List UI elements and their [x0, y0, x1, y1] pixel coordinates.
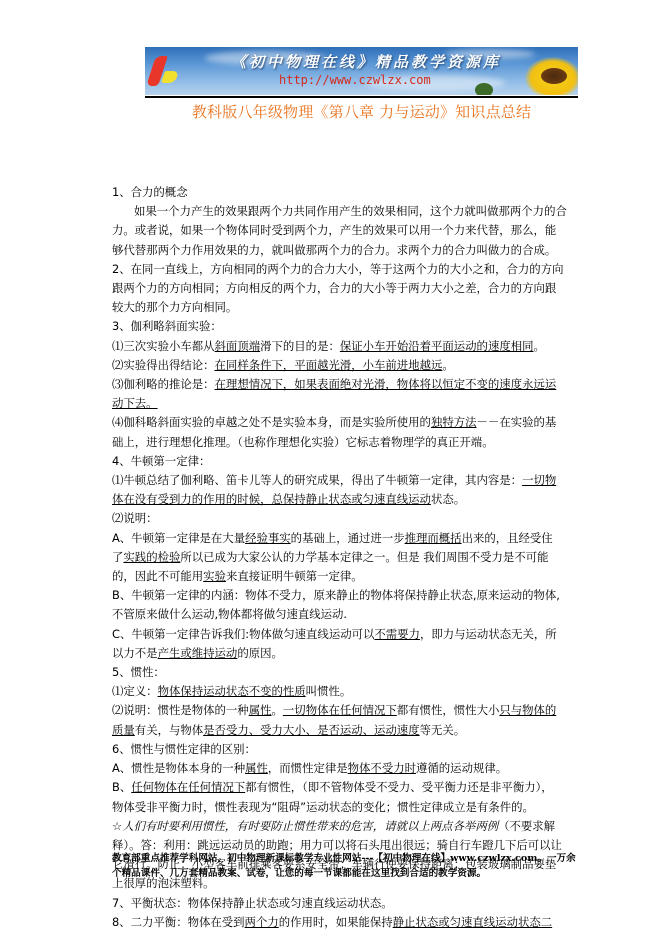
list-item-continued: 动下去。: [112, 394, 580, 413]
text: ⑴定义：: [112, 684, 158, 698]
text: 叫惯性。: [306, 684, 352, 698]
underlined-text: 产生或维持运动: [158, 646, 238, 660]
document-body: 1、合力的概念 如果一个力产生的效果跟两个力共同作用产生的效果相同，这个力就叫做…: [112, 183, 580, 932]
underlined-text: 只与物体的: [499, 703, 556, 717]
list-item-continued: 质量有关，与物体是否受力、受力大小、是否运动、运动速度等无关。: [112, 721, 580, 740]
underlined-text: 属性: [249, 703, 272, 717]
header-divider: [145, 96, 578, 98]
header-banner: 《初中物理在线》精品教学资源库 http://www.czwlzx.com: [145, 47, 578, 95]
star-icon-prompt: ☆人们有时要利用惯性，有时要防止惯性带来的危害，请就以上两点各举两例: [112, 819, 498, 833]
underlined-text: 任何物体在任何情况下: [131, 780, 245, 794]
section-heading: 3、伽利略斜面实验：: [112, 317, 580, 336]
list-item: ⑵说明：惯性是物体的一种属性。一切物体在任何情况下都有惯性，惯性大小只与物体的: [112, 701, 580, 720]
text: 的原因。: [237, 646, 283, 660]
list-item: C、牛顿第一定律告诉我们:物体做匀速直线运动可以不需要力，即力与运动状态无关，所: [112, 625, 580, 644]
underlined-text: 物体保持运动状态不变的性质: [158, 684, 306, 698]
text: ⑴牛顿总结了伽利略、笛卡儿等人的研究成果，得出了牛顿第一定律，其内容是：: [112, 473, 522, 487]
underlined-text: 动下去。: [112, 396, 158, 410]
list-item: B、牛顿第一定律的内涵：物体不受力，原来静止的物体将保持静止状态,原来运动的物体…: [112, 586, 580, 605]
underlined-text: 物体不受力时: [348, 761, 416, 775]
text: 滑下的目的是：: [260, 339, 340, 353]
text: A、惯性是物体本身的一种: [112, 761, 245, 775]
text: 状态。: [431, 492, 465, 506]
underlined-text: 推理而概括: [405, 531, 462, 545]
text: C、牛顿第一定律告诉我们:物体做匀速直线运动可以: [112, 627, 374, 641]
text: 所以已成为大家公认的力学基本定律之一。但是 我们周围不受力是不可能: [180, 550, 548, 564]
leaf-decoration: [475, 83, 493, 95]
text: ，即力与运动状态无关，所: [420, 627, 557, 641]
list-item: ⑵说明：: [112, 509, 580, 528]
text: 有关，与物体: [135, 723, 203, 737]
list-item-continued: 体在没有受到力的作用的时候，总保持静止状态或匀速直线运动状态。: [112, 490, 580, 509]
text: ⑵实验得出得结论：: [112, 358, 215, 372]
text: 来直接证明牛顿第一定律。: [226, 569, 363, 583]
example-prompt: ☆人们有时要利用惯性，有时要防止惯性带来的危害，请就以上两点各举两例（不要求解: [112, 817, 580, 836]
section-heading: 1、合力的概念: [112, 183, 580, 202]
text: 都有惯性，（即不管物体受不受力、受平衡力还是非平衡力），: [245, 780, 553, 794]
underlined-text: 静止状态或匀速直线运动状态二: [393, 915, 552, 929]
paragraph-line: 如果一个力产生的效果跟两个力共同作用产生的效果相同，这个力就叫做那两个力的合: [112, 202, 580, 221]
underlined-text: 独特方法: [431, 415, 477, 429]
text: 8、二力平衡：物体在受到: [112, 915, 245, 929]
logo-icon-accent: [161, 71, 179, 83]
text: 遵循的运动规律。: [416, 761, 507, 775]
underlined-text: 在同样条件下，平面越光滑，小车前进地越远: [215, 358, 443, 372]
paragraph-line: 础上，进行理想化推理。（也称作理想化实验）它标志着物理学的真正开端。: [112, 433, 580, 452]
text: －－在实验的基: [477, 415, 557, 429]
underlined-text: 两个力: [245, 915, 279, 929]
footer-line: 教育部重点推荐学科网站、初中物理新课标教学专业性网站---【初中物理在线】www…: [112, 851, 582, 866]
text: 。: [534, 339, 545, 353]
underlined-text: 在理想情况下，如果表面绝对光滑，物体将以恒定不变的速度永远运: [215, 377, 557, 391]
section-heading: 4、牛顿第一定律：: [112, 452, 580, 471]
list-item: A、惯性是物体本身的一种属性，而惯性定律是物体不受力时遵循的运动规律。: [112, 759, 580, 778]
sunflower-icon: [525, 57, 578, 95]
text: 等无关。: [420, 723, 466, 737]
text: 出来的，且经受住: [462, 531, 553, 545]
list-item-continued: 以力不是产生或维持运动的原因。: [112, 644, 580, 663]
list-item: ⑷伽科略斜面实验的卓越之处不是实验本身，而是实验所使用的独特方法－－在实验的基: [112, 413, 580, 432]
underlined-text: 经验事实: [245, 531, 291, 545]
paragraph-line: 力。或者说，如果一个物体同时受到两个力，产生的效果可以用一个力来代替，那么，能: [112, 221, 580, 240]
text: 都有惯性，惯性大小: [397, 703, 500, 717]
list-item-continued: 物体受非平衡力时，惯性表现为“阻碍”运动状态的变化；惯性定律成立是有条件的。: [112, 798, 580, 817]
list-item: A、牛顿第一定律是在大量经验事实的基础上，通过进一步推理而概括出来的，且经受住: [112, 529, 580, 548]
underlined-text: 一切物: [522, 473, 556, 487]
text: 以力不是: [112, 646, 158, 660]
list-item: B、任何物体在任何情况下都有惯性，（即不管物体受不受力、受平衡力还是非平衡力），: [112, 778, 580, 797]
list-item: ⑴定义：物体保持运动状态不变的性质叫惯性。: [112, 682, 580, 701]
text: ⑵说明：惯性是物体的一种: [112, 703, 249, 717]
text: ⑴三次实验小车都从: [112, 339, 215, 353]
list-item-continued: 不管原来做什么运动,物体都将做匀速直线运动.: [112, 605, 580, 624]
banner-url: http://www.czwlzx.com: [279, 73, 431, 87]
underlined-text: 质量: [112, 723, 135, 737]
text: 。: [272, 703, 283, 717]
list-item: ⑶伽利略的推论是：在理想情况下，如果表面绝对光滑，物体将以恒定不变的速度永远运: [112, 375, 580, 394]
list-item-continued: 了实践的检验所以已成为大家公认的力学基本定律之一。但是 我们周围不受力是不可能: [112, 548, 580, 567]
paragraph-line: 跟两个力的方向相同；方向相反的两个力，合力的大小等于两力大小之差，合力的方向跟: [112, 279, 580, 298]
section-heading: 6、惯性与惯性定律的区别：: [112, 740, 580, 759]
banner-title: 《初中物理在线》精品教学资源库: [231, 51, 501, 72]
page-title: 教科版八年级物理《第八章 力与运动》知识点总结: [145, 101, 578, 122]
text: 的，因此不可能用: [112, 569, 203, 583]
text: 的基础上，通过进一步: [291, 531, 405, 545]
text: A、牛顿第一定律是在大量: [112, 531, 245, 545]
list-item-continued: 的，因此不可能用实验来直接证明牛顿第一定律。: [112, 567, 580, 586]
underlined-text: 保证小车开始沿着平面运动的速度相同: [340, 339, 534, 353]
underlined-text: 一切物体在任何情况下: [283, 703, 397, 717]
list-item: ⑴牛顿总结了伽利略、笛卡儿等人的研究成果，得出了牛顿第一定律，其内容是：一切物: [112, 471, 580, 490]
underlined-text: 不需要力: [374, 627, 420, 641]
section-heading: 7、平衡状态：物体保持静止状态或匀速直线运动状态。: [112, 894, 580, 913]
text: ，而惯性定律是: [268, 761, 348, 775]
underlined-text: 是否受力、受力大小、是否运动、运动速度: [203, 723, 419, 737]
paragraph-line: 2、在同一直线上，方向相同的两个力的合力大小，等于这两个力的大小之和，合力的方向: [112, 260, 580, 279]
paragraph-line: 够代替那两个力作用效果的力，就叫做那两个力的合力。求两个力的合力叫做力的合成。: [112, 241, 580, 260]
text: （不要求解: [498, 819, 555, 833]
section-heading: 8、二力平衡：物体在受到两个力的作用时，如果能保持静止状态或匀速直线运动状态二: [112, 913, 580, 932]
underlined-text: 斜面顶端: [215, 339, 261, 353]
underlined-text: 实验: [203, 569, 226, 583]
text: ⑷伽科略斜面实验的卓越之处不是实验本身，而是实验所使用的: [112, 415, 431, 429]
footer-line: 个精品课件、几万套精品教案、试卷，让您的每一节课都能在这里找到合适的教学资源。: [112, 866, 582, 881]
list-item: ⑵实验得出得结论：在同样条件下，平面越光滑，小车前进地越远。: [112, 356, 580, 375]
paragraph-line: 较大的那个力方向相同。: [112, 298, 580, 317]
section-heading: 5、惯性：: [112, 663, 580, 682]
list-item: ⑴三次实验小车都从斜面顶端滑下的目的是：保证小车开始沿着平面运动的速度相同。: [112, 337, 580, 356]
underlined-text: 体在没有受到力的作用的时候，总保持静止状态或匀速直线运动: [112, 492, 431, 506]
text: B、: [112, 780, 131, 794]
text: 了: [112, 550, 123, 564]
text: ⑶伽利略的推论是：: [112, 377, 215, 391]
text: 的作用时，如果能保持: [279, 915, 393, 929]
page-footer: 教育部重点推荐学科网站、初中物理新课标教学专业性网站---【初中物理在线】www…: [112, 851, 582, 881]
underlined-text: 实践的检验: [123, 550, 180, 564]
text: 。: [442, 358, 453, 372]
underlined-text: 属性: [245, 761, 268, 775]
